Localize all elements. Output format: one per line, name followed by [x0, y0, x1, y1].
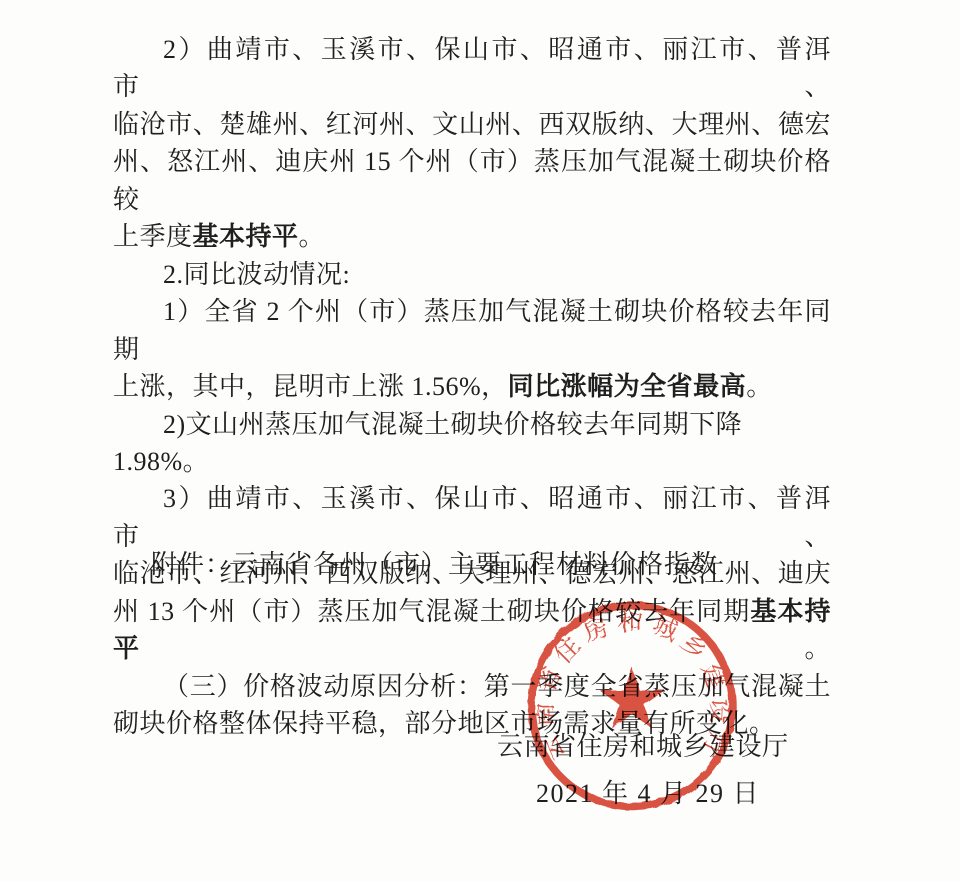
text-run: 州、怒江州、迪庆州 15 个州（市）蒸压加气混凝土砌块价格较 — [113, 147, 831, 213]
text-run: 上涨，其中，昆明市上涨 1.56%， — [113, 372, 508, 401]
text-run: 2.同比波动情况: — [163, 260, 350, 289]
text-run: （三）价格波动原因分析：第一季度全省蒸压加气混凝土 — [163, 672, 831, 701]
text-run: 。 — [746, 372, 773, 401]
document-line: 2）曲靖市、玉溪市、保山市、昭通市、丽江市、普洱市、 — [113, 31, 831, 106]
text-run: 2）曲靖市、玉溪市、保山市、昭通市、丽江市、普洱市、 — [113, 35, 831, 101]
text-run: 3）曲靖市、玉溪市、保山市、昭通市、丽江市、普洱市、 — [113, 484, 831, 550]
document-line: 州 13 个州（市）蒸压加气混凝土砌块价格较去年同期基本持平。 — [113, 593, 831, 668]
bold-text-run: 同比涨幅为全省最高 — [508, 372, 747, 401]
text-run: 1）全省 2 个州（市）蒸压加气混凝土砌块价格较去年同期 — [113, 297, 831, 363]
bold-text-run: 基本持平 — [193, 222, 299, 251]
text-run: 。 — [299, 222, 326, 251]
document-body: 2）曲靖市、玉溪市、保山市、昭通市、丽江市、普洱市、临沧市、楚雄州、红河州、文山… — [113, 31, 831, 743]
text-run: 州 13 个州（市）蒸压加气混凝土砌块价格较去年同期 — [113, 597, 750, 626]
document-line: 上涨，其中，昆明市上涨 1.56%，同比涨幅为全省最高。 — [113, 368, 831, 405]
document-line: 2)文山州蒸压加气混凝土砌块价格较去年同期下降 1.98%。 — [113, 406, 831, 481]
text-run: 临沧市、楚雄州、红河州、文山州、西双版纳、大理州、德宏 — [113, 110, 831, 139]
document-line: （三）价格波动原因分析：第一季度全省蒸压加气混凝土 — [113, 668, 831, 705]
signature-line: 云南省住房和城乡建设厅 — [497, 726, 789, 763]
document-line: 临沧市、楚雄州、红河州、文山州、西双版纳、大理州、德宏 — [113, 106, 831, 143]
attachment-line: 附件：云南省各州（市）主要工程材料价格指数 — [113, 546, 853, 583]
text-run: 2)文山州蒸压加气混凝土砌块价格较去年同期下降 1.98%。 — [113, 410, 742, 476]
text-run: 。 — [804, 634, 831, 663]
text-run: 上季度 — [113, 222, 193, 251]
date-line: 2021 年 4 月 29 日 — [536, 773, 760, 810]
document-line: 3）曲靖市、玉溪市、保山市、昭通市、丽江市、普洱市、 — [113, 480, 831, 555]
scanned-document-page: 2）曲靖市、玉溪市、保山市、昭通市、丽江市、普洱市、临沧市、楚雄州、红河州、文山… — [0, 0, 960, 881]
document-line: 2.同比波动情况: — [113, 256, 831, 293]
document-line: 上季度基本持平。 — [113, 218, 831, 255]
document-line: 州、怒江州、迪庆州 15 个州（市）蒸压加气混凝土砌块价格较 — [113, 143, 831, 218]
document-line: 1）全省 2 个州（市）蒸压加气混凝土砌块价格较去年同期 — [113, 293, 831, 368]
